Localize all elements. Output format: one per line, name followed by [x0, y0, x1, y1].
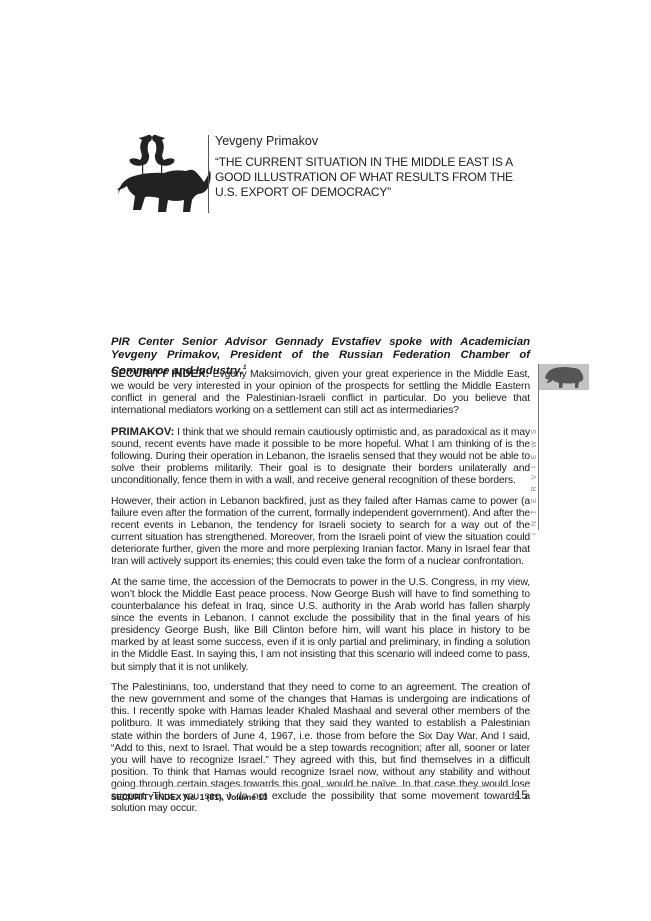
paragraph: However, their action in Lebanon backfir… — [111, 496, 530, 569]
paragraph-text: However, their action in Lebanon backfir… — [111, 496, 530, 567]
author-name: Yevgeny Primakov — [215, 134, 318, 148]
paragraph: PRIMAKOV: I think that we should remain … — [111, 426, 530, 487]
paragraph: SECURITY INDEX: Evgeny Maksimovich, give… — [111, 368, 530, 417]
header-divider — [208, 135, 209, 213]
article-body: SECURITY INDEX: Evgeny Maksimovich, give… — [111, 368, 530, 824]
footer-divider — [111, 786, 530, 787]
section-label: INTERVIEWS — [531, 405, 538, 535]
journal-citation: SECURITY INDEX No. 1 (81), Volume 13 — [111, 792, 268, 802]
rhino-icon — [539, 364, 589, 390]
speaker-label: SECURITY INDEX: — [111, 368, 209, 380]
page-number: 15 — [515, 790, 528, 802]
paragraph-text: I think that we should remain cautiously… — [111, 427, 530, 486]
article-title: “THE CURRENT SITUATION IN THE MIDDLE EAS… — [215, 155, 515, 200]
speaker-label: PRIMAKOV: — [111, 426, 174, 438]
rhino-with-flamingos-icon — [112, 132, 212, 222]
paragraph: At the same time, the accession of the D… — [111, 577, 530, 674]
paragraph-text: At the same time, the accession of the D… — [111, 577, 530, 673]
